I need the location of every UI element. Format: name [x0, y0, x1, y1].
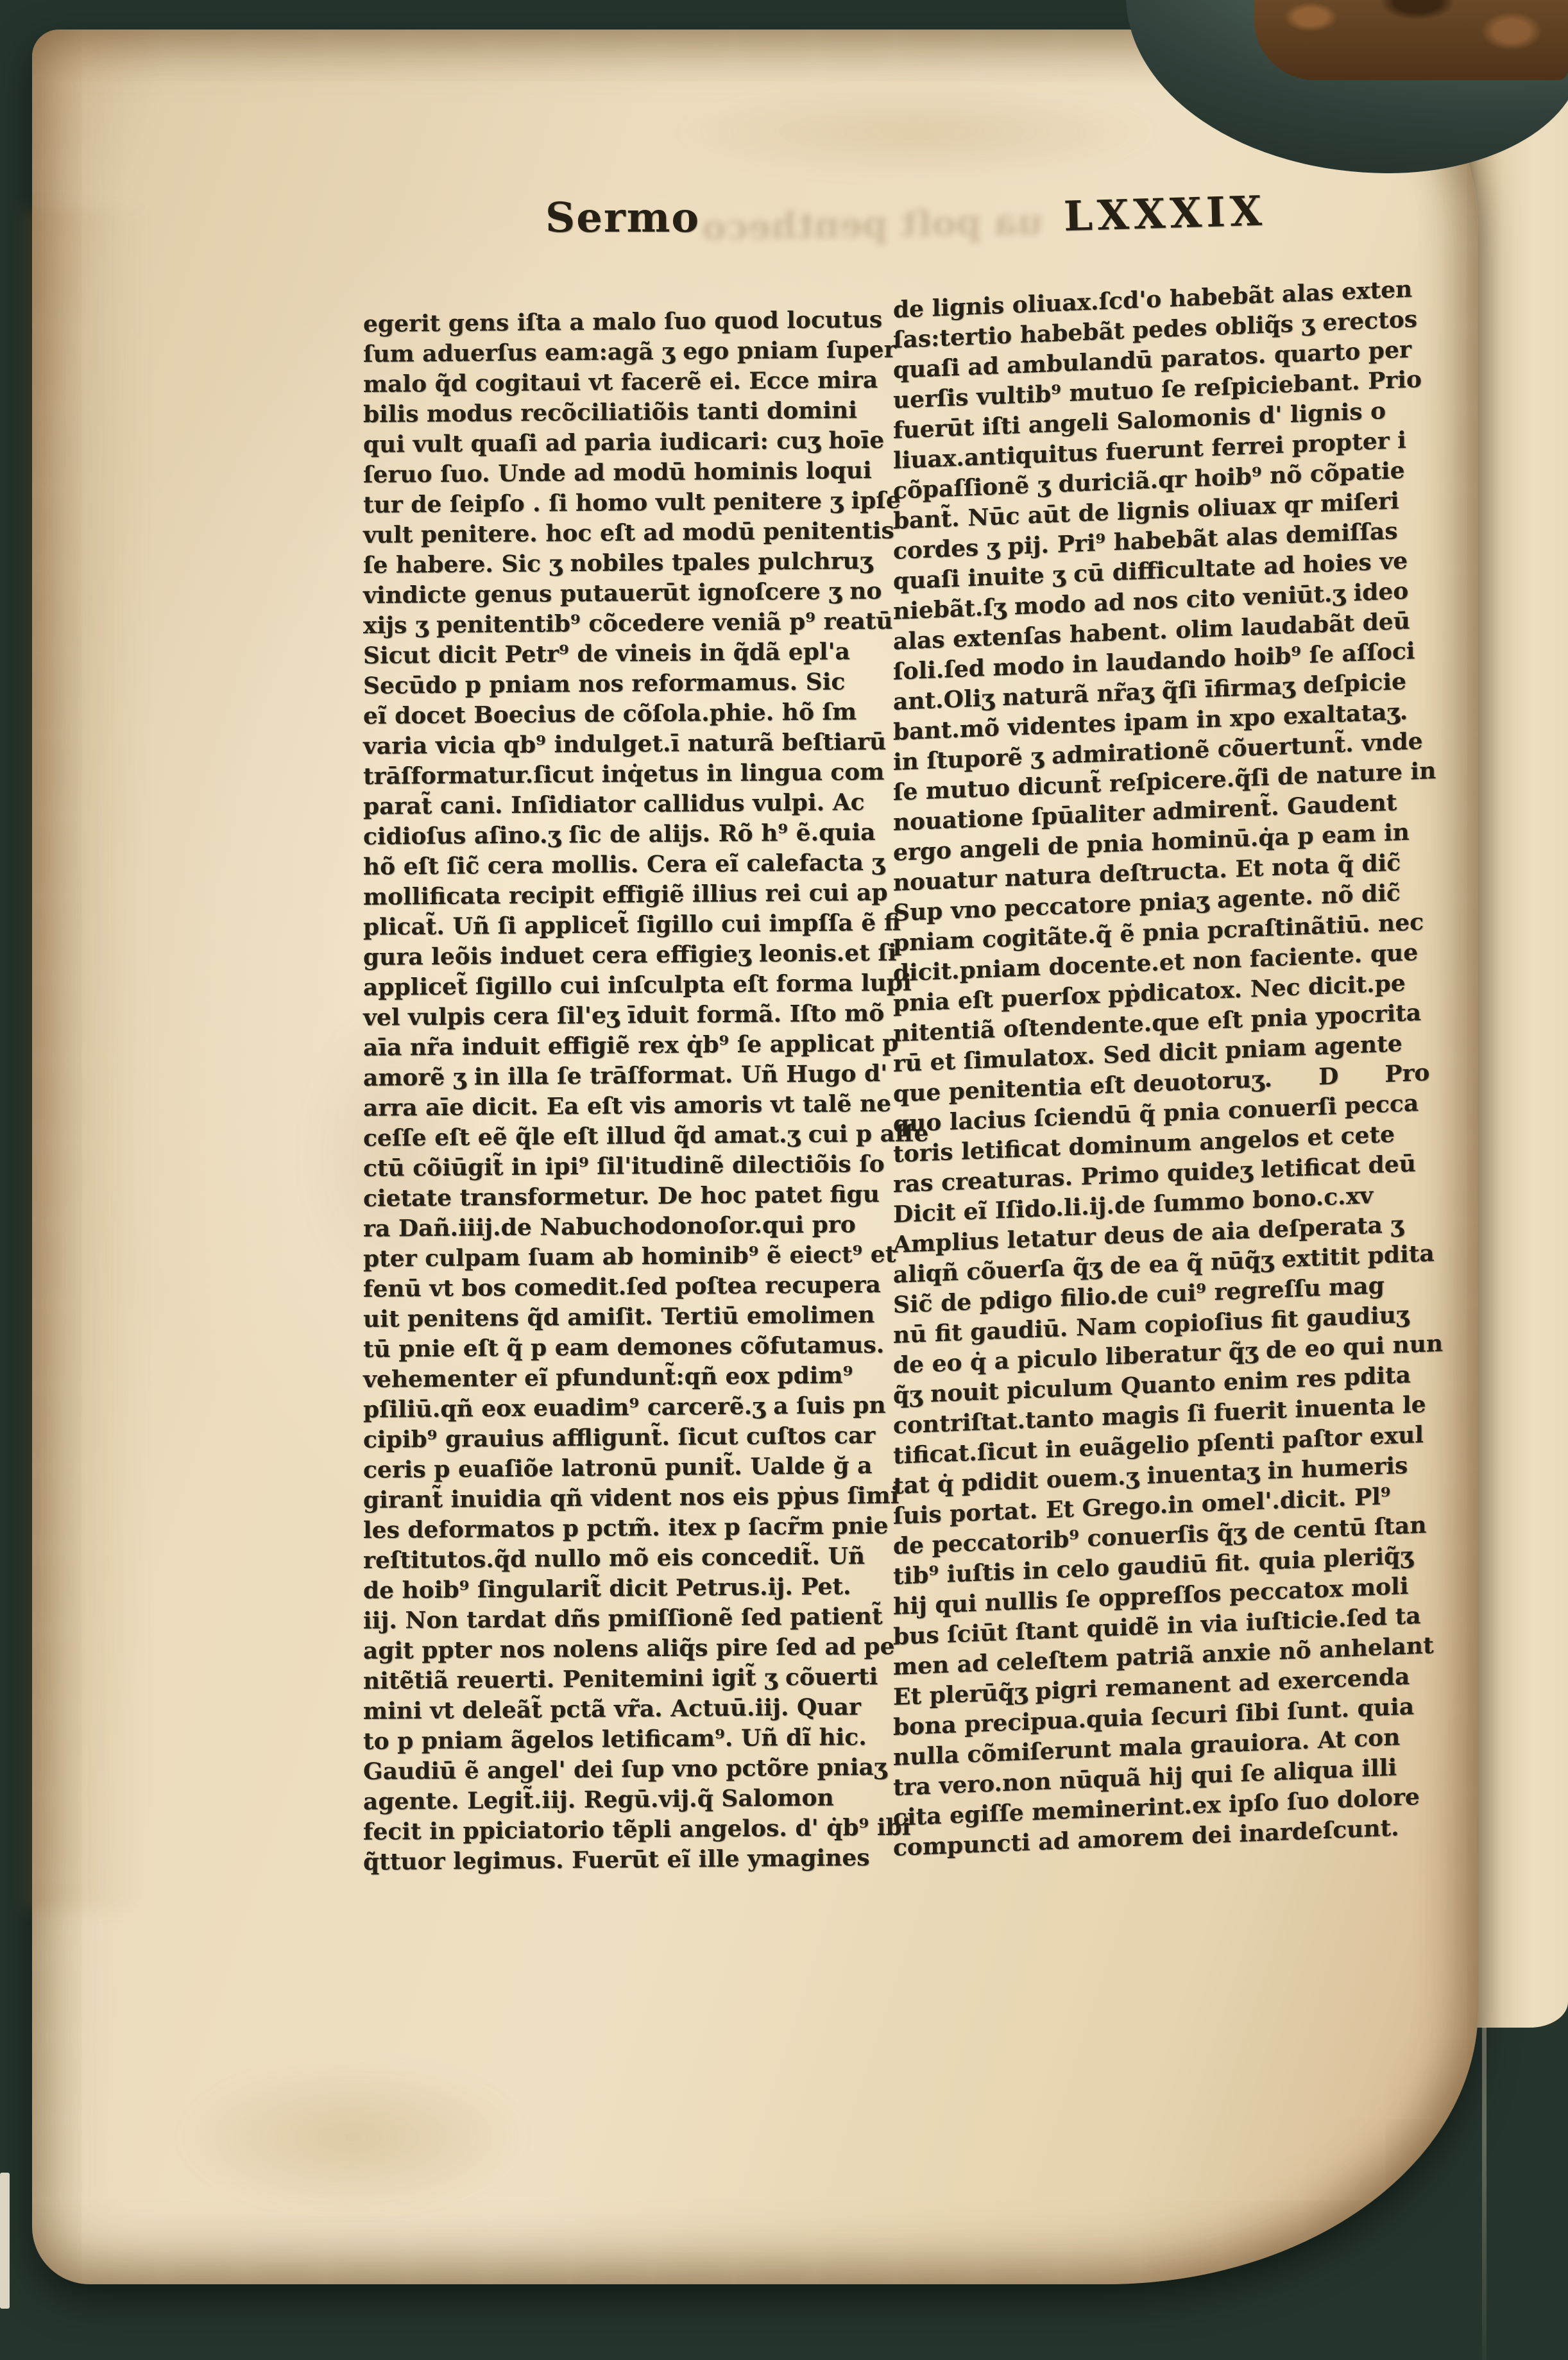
text-line: applicet̃ ſigillo cui inſculpta eſt form… [363, 968, 907, 1003]
text-line: les deformatos p pctm̃. itex p ſacr̃m pn… [363, 1511, 907, 1546]
text-line: mollificata recipit effigiẽ illius rei … [363, 878, 907, 912]
show-through-text: ua poſt pentheco [674, 203, 1072, 246]
text-line: mini vt deleãt̃ pctã vr̃a. Actuū.iij.… [363, 1692, 907, 1727]
text-line: reſtitutos.q̃d nullo mõ eis concedit̃. … [363, 1541, 907, 1576]
text-line: ceris p euaſiõe latronū punit̃. Ualde … [363, 1451, 907, 1485]
text-line: pſiliū.qñ eox euadim⁹ carcerẽ.ʒ a ſui… [363, 1390, 907, 1425]
text-line: girant̃ inuidia qñ vident nos eis pṗus … [363, 1481, 907, 1516]
text-line: to p pniam ãgelos letificam⁹. Uñ dĩ h… [363, 1722, 907, 1757]
running-title: Sermo [545, 198, 700, 239]
text-line: malo q̃d cogitaui vt facerẽ ei. Ecce mi… [363, 365, 907, 400]
facing-page-edge [1463, 59, 1568, 2028]
text-line: cipib⁹ grauius affligunt̃. ſicut cuſtos … [363, 1421, 907, 1455]
text-line: iij. Non tardat dñs pmiſſionẽ ſed pati… [363, 1602, 907, 1636]
text-line: trāſformatur.ſicut inq̇etus in lingua c… [363, 757, 907, 792]
scan-edge-artifact [0, 2173, 10, 2309]
text-line: ra Dañ.iiij.de Nabuchodonoſor.qui pro [363, 1210, 907, 1244]
text-line: bilis modus recõciliatiõis tanti domin… [363, 395, 907, 430]
text-line: amorẽ ʒ in illa ſe trāſformat. Uñ Hug… [363, 1059, 907, 1093]
text-line: pter culpam ſuam ab hominib⁹ ẽ eiect⁹ e… [363, 1240, 907, 1274]
text-line: de hoib⁹ ſingularit̃ dicit Petrus.ij. Pe… [363, 1571, 907, 1606]
text-line: hõ eſt ſic̃ cera mollis. Cera eĩ calef… [363, 848, 907, 882]
text-line: vel vulpis cera ſil'eʒ īduit formã. Iſ… [363, 998, 907, 1033]
text-line: varia vicia qb⁹ indulget.ī naturã beſt… [363, 727, 907, 762]
book-photo: ua poſt pentheco Sermo LXXXIX egerit gen… [0, 0, 1568, 2360]
text-line: Gaudiū ẽ angel' dei ſup vno pctõre pn… [363, 1752, 907, 1787]
text-column-left: egerit gens iſta a malo ſuo quod locutus… [363, 305, 907, 1877]
paper-stain [674, 87, 1161, 177]
text-line: agit ppter nos nolens aliq̃s pire ſed ad… [363, 1632, 907, 1666]
text-line: cietate transformetur. De hoc patet figu [363, 1179, 907, 1214]
text-line: fenū vt bos comedit.ſed poſtea recupera [363, 1270, 907, 1304]
text-line: uit penitens q̃d amiſit. Tertiū emolime… [363, 1300, 907, 1335]
spine-leather [1254, 0, 1568, 80]
text-line: Sicut dicit Petr⁹ de vineis in q̃dã epl… [363, 637, 907, 671]
text-line: arra aīe dicit. Ea eſt vis amoris vt ta… [363, 1089, 907, 1124]
text-line: gura leõis induet cera effigieʒ leonis.… [363, 938, 907, 973]
book-page: ua poſt pentheco Sermo LXXXIX egerit gen… [32, 30, 1478, 2284]
text-line: egerit gens iſta a malo ſuo quod locutus [363, 305, 907, 339]
text-line: ſeruo ſuo. Unde ad modū hominis loqui [363, 456, 907, 490]
text-line: xijs ʒ penitentib⁹ cõcedere veniã p⁹ r… [363, 606, 907, 641]
text-line: tū pnie eſt q̃ p eam demones cõfutamus… [363, 1330, 907, 1365]
text-line: aīa nr̃a induit effigiẽ rex q̇b⁹ ſe ap… [363, 1029, 907, 1063]
text-line: eĩ docet Boecius de cõſola.phie. hõ ſ… [363, 697, 907, 731]
text-line: agente. Legit̃.iij. Regū.vij.q̃ Salomon [363, 1783, 907, 1817]
text-line: vult penitere. hoc eſt ad modū penitent… [363, 516, 907, 551]
text-line: Secūdo p pniam nos reformamus. Sic [363, 667, 907, 701]
paper-stain [180, 2064, 526, 2211]
text-line: cidioſus aſino.ʒ ſic de alijs. Rõ h⁹ ẽ… [363, 817, 907, 852]
text-line: parat̃ cani. Inſidiator callidus vulpi. … [363, 787, 907, 822]
text-line: qui vult quaſi ad paria iudicari: cuʒ ho… [363, 425, 907, 460]
page-number: LXXXIX [1063, 191, 1266, 238]
text-line: tur de ſeipſo . ſi homo vult penitere ʒ … [363, 486, 907, 520]
text-line: ceſſe eſt eẽ q̃le eſt illud q̃d amat.ʒ … [363, 1119, 907, 1154]
page-edge-highlight [1482, 2026, 1487, 2360]
text-line: plicat̃. Uñ ſi applicet̃ ſigillo cui im… [363, 908, 907, 943]
text-line: nitẽtiã reuerti. Penitemini igit̃ ʒ co… [363, 1662, 907, 1697]
text-line: q̃ttuor legimus. Fuerūt eĩ ille ymagin… [363, 1843, 907, 1877]
paper-stain [24, 209, 146, 1910]
text-column-right: de lignis oliuax.ſcd'o habebãt alas ext… [893, 272, 1461, 1863]
text-line: ſum aduerſus eam:agã ʒ ego pniam ſuper [363, 335, 907, 370]
text-line: vindicte genus putauerūt ignoſcere ʒ no [363, 576, 907, 611]
text-line: ſe habere. Sic ʒ nobiles tpales pulchruʒ [363, 546, 907, 581]
text-line: ctū cõiūgit̃ in ipi⁹ ſil'itudinẽ dil… [363, 1149, 907, 1184]
text-line: vehementer eĩ pfundunt̃:qñ eox pdim⁹ [363, 1360, 907, 1395]
text-line: fecit in ppiciatorio tẽpli angelos. d' … [363, 1813, 907, 1847]
